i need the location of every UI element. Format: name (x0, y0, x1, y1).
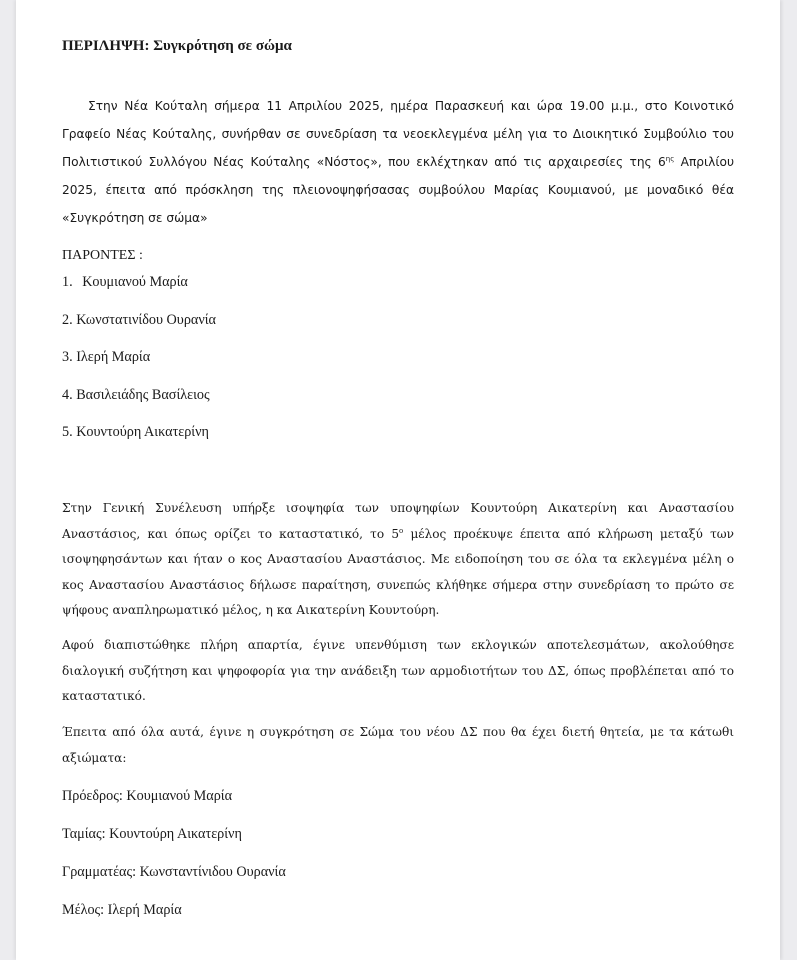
role-holder: Κωνσταντίνιδου Ουρανία (140, 864, 286, 880)
role-item: Πρόεδρος: Κουμιανού Μαρία (62, 784, 286, 822)
document-page: ΠΕΡΙΛΗΨΗ: Συγκρότηση σε σώμα Στην Νέα Κο… (16, 0, 780, 960)
role-title: Γραμματέας (62, 864, 132, 880)
role-item: Μέλος: Ιλερή Μαρία (62, 898, 286, 936)
member-name: Κωνστατινίδου Ουρανία (76, 312, 216, 328)
item-number: 5. (62, 420, 73, 444)
member-name: Ιλερή Μαρία (76, 349, 150, 365)
item-number: 3. (62, 345, 73, 369)
list-item: 2. Κωνστατινίδου Ουρανία (62, 308, 216, 346)
item-number: 1. (62, 270, 73, 294)
member-name: Βασιλειάδης Βασίλειος (76, 387, 209, 403)
role-holder: Ιλερή Μαρία (108, 902, 182, 918)
present-label: ΠΑΡΟΝΤΕΣ : (62, 248, 143, 264)
role-item: Ταμίας: Κουντούρη Αικατερίνη (62, 822, 286, 860)
role-holder: Κουντούρη Αικατερίνη (109, 826, 242, 842)
quorum-paragraph: Αφού διαπιστώθηκε πλήρη απαρτία, έγινε υ… (62, 633, 734, 710)
role-title: Ταμίας (62, 826, 102, 842)
role-holder: Κουμιανού Μαρία (126, 788, 232, 804)
formation-paragraph: Έπειτα από όλα αυτά, έγινε η συγκρότηση … (62, 720, 734, 771)
list-item: 5. Κουντούρη Αικατερίνη (62, 420, 216, 458)
document-title: ΠΕΡΙΛΗΨΗ: Συγκρότηση σε σώμα (62, 38, 292, 55)
list-item: 3. Ιλερή Μαρία (62, 345, 216, 383)
member-name: Κουμιανού Μαρία (82, 274, 188, 290)
list-item: 1. Κουμιανού Μαρία (62, 270, 216, 308)
role-item: Γραμματέας: Κωνσταντίνιδου Ουρανία (62, 860, 286, 898)
item-number: 4. (62, 383, 73, 407)
member-name: Κουντούρη Αικατερίνη (76, 424, 209, 440)
role-title: Πρόεδρος (62, 788, 119, 804)
list-item: 4. Βασιλειάδης Βασίλειος (62, 383, 216, 421)
item-number: 2. (62, 308, 73, 332)
present-members-list: 1. Κουμιανού Μαρία 2. Κωνστατινίδου Ουρα… (62, 270, 216, 458)
role-title: Μέλος (62, 902, 100, 918)
board-roles-list: Πρόεδρος: Κουμιανού Μαρία Ταμίας: Κουντο… (62, 784, 286, 936)
tie-vote-paragraph: Στην Γενική Συνέλευση υπήρξε ισοψηφία τω… (62, 496, 734, 624)
intro-text-part1: Στην Νέα Κούταλη σήμερα 11 Απριλίου 2025… (62, 99, 734, 169)
intro-paragraph: Στην Νέα Κούταλη σήμερα 11 Απριλίου 2025… (62, 92, 734, 232)
